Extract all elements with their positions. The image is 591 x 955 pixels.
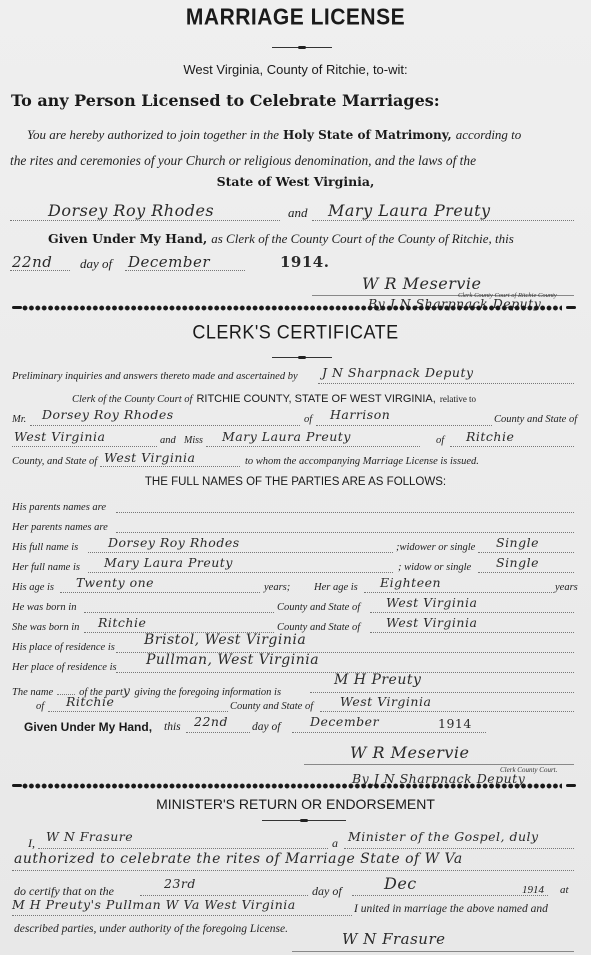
jurisdiction: West Virginia, County of Ritchie, to-wit…	[0, 62, 591, 77]
mr-state: West Virginia	[14, 429, 105, 444]
license-day: 22nd	[12, 253, 52, 271]
groom-name: Dorsey Roy Rhodes	[48, 201, 214, 220]
full-names-heading: THE FULL NAMES OF THE PARTIES ARE AS FOL…	[0, 476, 591, 488]
informant-line: The name of the party giving the foregoi…	[12, 682, 281, 700]
ornament-divider	[262, 820, 346, 821]
miss-name: Mary Laura Preuty	[222, 429, 351, 444]
authorization-line-2: the rites and ceremonies of your Church …	[10, 153, 476, 169]
his-parents-field	[116, 512, 574, 513]
clerk-signature-2: W R Meservie	[350, 743, 469, 762]
state-line: State of West Virginia,	[0, 174, 591, 189]
marriage-place: M H Preuty's Pullman W Va West Virginia	[12, 897, 296, 912]
beaded-divider	[22, 783, 562, 789]
mr-label: Mr.	[12, 414, 26, 425]
authorization-line-1: You are hereby authorized to join togeth…	[27, 126, 521, 144]
and-label: and	[288, 205, 308, 221]
given-month: December	[310, 714, 379, 729]
ornament-divider	[272, 47, 332, 48]
authority-text: authorized to celebrate the rites of Mar…	[14, 851, 463, 867]
her-residence: Pullman, West Virginia	[146, 652, 319, 668]
he-born-county-field	[84, 612, 274, 613]
given-year: 1914	[438, 716, 472, 731]
minister-name: W N Frasure	[46, 829, 133, 844]
clerk-signature: W R Meservie	[362, 274, 481, 293]
prelim-by: J N Sharpnack Deputy	[322, 365, 474, 380]
prelim-label: Preliminary inquiries and answers theret…	[12, 371, 298, 382]
salutation: To any Person Licensed to Celebrate Marr…	[11, 91, 440, 110]
her-age: Eighteen	[380, 575, 441, 590]
bride-name: Mary Laura Preuty	[328, 201, 491, 220]
certify-year: 1914	[522, 884, 544, 896]
she-born-county: Ritchie	[98, 615, 146, 630]
informant-name: M H Preuty	[334, 672, 421, 688]
his-full-name: Dorsey Roy Rhodes	[108, 535, 240, 550]
minister-role: Minister of the Gospel, duly	[348, 829, 539, 844]
his-status: Single	[496, 535, 539, 550]
ornament-divider	[272, 357, 332, 358]
miss-county: Ritchie	[466, 429, 514, 444]
given-under-hand-label: Given Under My Hand,	[24, 720, 152, 734]
license-year: 1914.	[280, 253, 329, 271]
given-day: 22nd	[194, 714, 228, 729]
her-full-name: Mary Laura Preuty	[104, 555, 233, 570]
his-residence: Bristol, West Virginia	[144, 632, 306, 648]
license-title: MARRIAGE LICENSE	[0, 5, 591, 31]
minister-return-title: MINISTER'S RETURN OR ENDORSEMENT	[0, 796, 591, 812]
her-parents-field	[116, 532, 574, 533]
day-of-label: day of	[80, 256, 112, 272]
clerk-certificate-title: CLERK'S CERTIFICATE	[0, 321, 591, 344]
mr-name: Dorsey Roy Rhodes	[42, 407, 174, 422]
he-born-state: West Virginia	[386, 595, 477, 610]
given-under-hand-line: Given Under My Hand, as Clerk of the Cou…	[48, 230, 514, 248]
clerk-of-line: Clerk of the County Court of RITCHIE COU…	[72, 389, 476, 407]
certify-month: Dec	[384, 874, 417, 893]
informant-state: West Virginia	[340, 694, 431, 709]
license-month: December	[128, 253, 210, 271]
minister-signature: W N Frasure	[342, 930, 446, 948]
her-status: Single	[496, 555, 539, 570]
marriage-license-document: MARRIAGE LICENSE West Virginia, County o…	[0, 0, 591, 955]
his-age: Twenty one	[76, 575, 154, 590]
beaded-divider	[22, 305, 562, 311]
informant-county: Ritchie	[66, 694, 114, 709]
miss-state: West Virginia	[104, 450, 195, 465]
certify-day: 23rd	[164, 876, 196, 891]
she-born-state: West Virginia	[386, 615, 477, 630]
mr-county: Harrison	[330, 407, 390, 422]
